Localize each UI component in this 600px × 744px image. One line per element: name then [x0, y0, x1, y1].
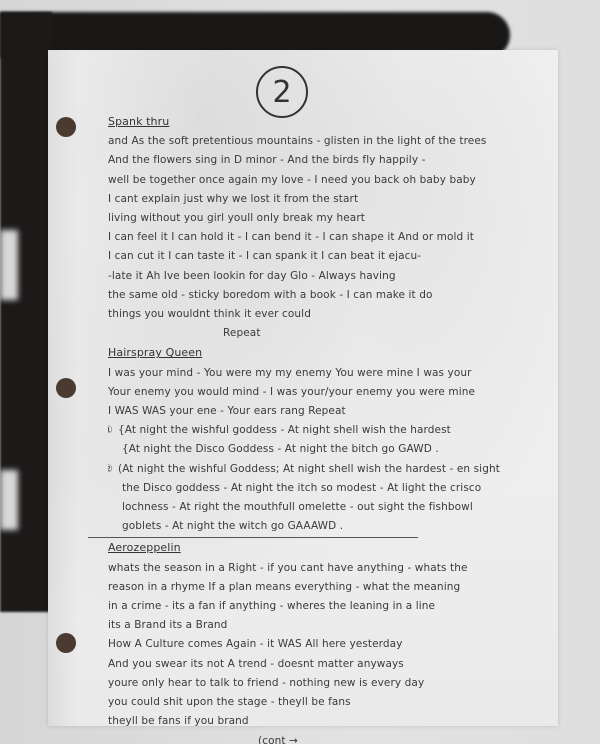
lyric-line: Your enemy you would mind - I was your/y… [108, 383, 558, 402]
punch-hole [56, 633, 76, 653]
lyric-line: I was your mind - You were my my enemy Y… [108, 364, 558, 383]
song-spank-thru: Spank thru and As the soft pretentious m… [108, 112, 558, 343]
continued-note: (cont → [108, 732, 558, 744]
song-title: Spank thru [108, 112, 169, 131]
lyric-line: How A Culture comes Again - it WAS All h… [108, 635, 558, 654]
lyric-line: living without you girl youll only break… [108, 209, 558, 228]
lyric-line: theyll be fans if you brand [108, 712, 558, 731]
lyric-line: reason in a rhyme If a plan means everyt… [108, 578, 558, 597]
verse-line: ①{At night the wishful goddess - At nigh… [108, 421, 558, 440]
song-title: Aerozeppelin [108, 538, 181, 557]
lyric-line: things you wouldnt think it ever could [108, 305, 558, 324]
repeat-note: Repeat [108, 324, 558, 343]
song-aerozeppelin: Aerozeppelin whats the season in a Right… [108, 538, 558, 744]
verse-line: goblets - At night the witch go GAAAWD . [108, 517, 558, 536]
lyric-line: well be together once again my love - I … [108, 171, 558, 190]
lyric-line: I WAS WAS your ene - Your ears rang Repe… [108, 402, 558, 421]
song-title: Hairspray Queen [108, 343, 202, 362]
lyric-line: And you swear its not A trend - doesnt m… [108, 655, 558, 674]
binder-notch [0, 470, 18, 530]
lyric-line: its a Brand its a Brand [108, 616, 558, 635]
lyric-line: and As the soft pretentious mountains - … [108, 132, 558, 151]
verse-marker: ① [108, 421, 118, 440]
lyric-line: youre only hear to talk to friend - noth… [108, 674, 558, 693]
verse-line: lochness - At right the mouthfull omelet… [108, 498, 558, 517]
lyric-line: -late it Ah Ive been lookin for day Glo … [108, 267, 558, 286]
lyric-line: you could shit upon the stage - theyll b… [108, 693, 558, 712]
punch-hole [56, 378, 76, 398]
lyric-line: I can cut it I can taste it - I can span… [108, 247, 558, 266]
verse-line: the Disco goddess - At night the itch so… [108, 479, 558, 498]
verse-line: ②(At night the wishful Goddess; At night… [108, 460, 558, 479]
lyric-line: I cant explain just why we lost it from … [108, 190, 558, 209]
punch-hole [56, 117, 76, 137]
lyric-line: in a crime - its a fan if anything - whe… [108, 597, 558, 616]
lyric-line: I can feel it I can hold it - I can bend… [108, 228, 558, 247]
lyric-line: whats the season in a Right - if you can… [108, 559, 558, 578]
verse-line: {At night the Disco Goddess - At night t… [108, 440, 558, 459]
lyrics-sheet: Spank thru and As the soft pretentious m… [108, 112, 558, 744]
song-hairspray-queen: Hairspray Queen I was your mind - You we… [108, 343, 558, 538]
binder-notch [0, 230, 18, 300]
verse-marker: ② [108, 460, 118, 479]
lyric-line: the same old - sticky boredom with a boo… [108, 286, 558, 305]
lyric-line: And the flowers sing in D minor - And th… [108, 151, 558, 170]
page-number: 2 [256, 66, 308, 118]
